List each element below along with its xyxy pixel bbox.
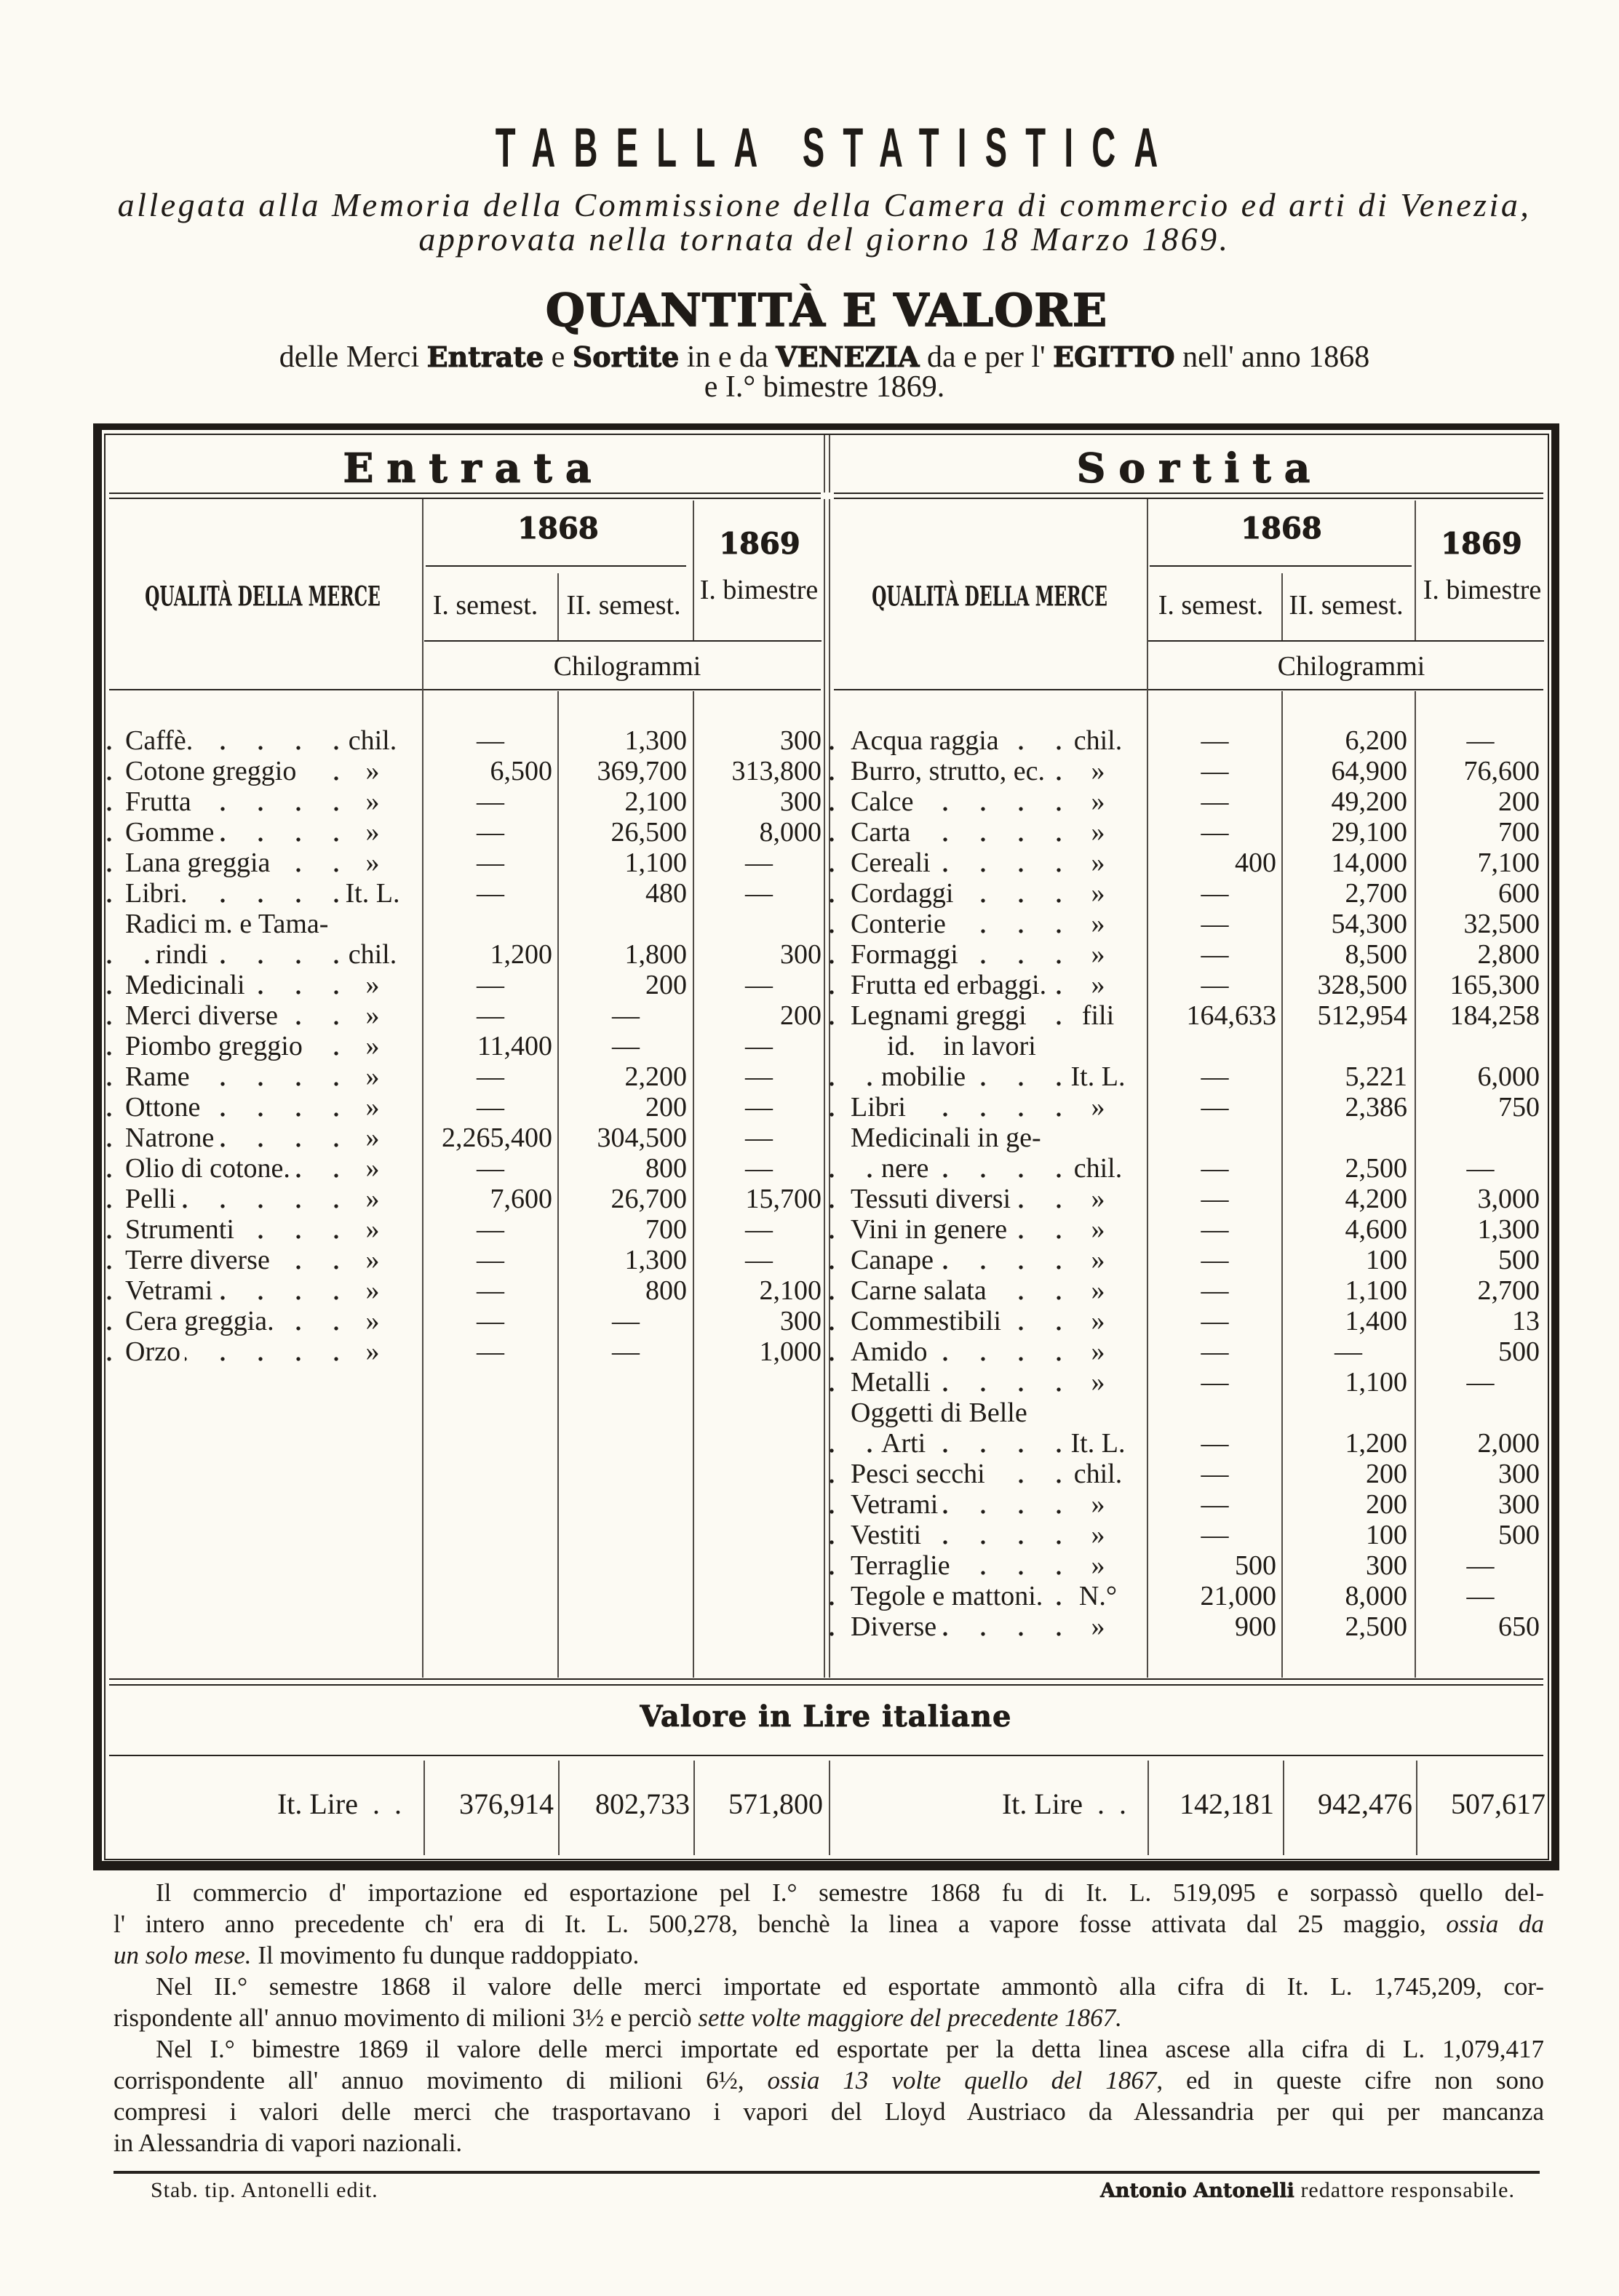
note-text: compresi i valori delle merci che traspo… <box>114 2097 1544 2126</box>
merce-name: Orzo <box>125 1336 185 1367</box>
value-1868-i-semest: — <box>423 1000 558 1031</box>
value-1868-ii-semest: 26,500 <box>558 817 693 848</box>
table-row: Libri.It. L.—480— <box>103 878 824 909</box>
merce-cell: Metalli» <box>830 1367 1147 1398</box>
merce-unit: » <box>1065 1550 1131 1581</box>
merce-name: Legnami greggi <box>851 1000 1031 1031</box>
note-text: ossia da <box>1446 1910 1544 1938</box>
value-1868-ii-semest: 1,400 <box>1282 1306 1415 1336</box>
merce-cell: Canape» <box>830 1245 1147 1275</box>
merce-name: Burro, strutto, ec. <box>851 756 1049 786</box>
value-1868-ii-semest: — <box>558 1336 693 1367</box>
value-1868-ii-semest <box>558 909 693 939</box>
sortita-title: Sortita <box>1064 448 1324 488</box>
merce-cell: Vestiti» <box>830 1520 1147 1550</box>
value-1868-ii-semest: 49,200 <box>1282 786 1415 817</box>
table-row: Gomme»—26,5008,000 <box>103 817 824 848</box>
merce-name: Acqua raggia <box>851 725 1003 756</box>
merce-cell: Acqua raggiachil. <box>830 725 1147 756</box>
value-1868-i-semest: 21,000 <box>1147 1581 1282 1611</box>
value-1868-i-semest: — <box>423 1092 558 1123</box>
value-1868-ii-semest: 1,100 <box>1282 1367 1415 1398</box>
total-label: It. Lire . . <box>103 1789 423 1819</box>
table-row: Radici m. e Tama- <box>103 909 824 939</box>
merce-name: nere <box>881 1153 933 1184</box>
merce-cell: Legnami greggifili <box>830 1000 1147 1031</box>
value-1869-i-bimestre: — <box>693 1061 824 1092</box>
merce-unit: » <box>340 1245 405 1275</box>
entrata-total-row: It. Lire . . 376,914 802,733 571,800 <box>103 1789 824 1819</box>
table-row: Libri»—2,386750 <box>830 1092 1546 1123</box>
value-1868-ii-semest: 800 <box>558 1275 693 1306</box>
value-1869-i-bimestre: 300 <box>1415 1459 1546 1489</box>
total-label: It. Lire . . <box>830 1789 1147 1819</box>
value-1869-i-bimestre: 2,800 <box>1415 939 1546 970</box>
document-title: TABELLA STATISTICA <box>477 121 1177 176</box>
value-1868-ii-semest: 6,200 <box>1282 725 1415 756</box>
note-text: un solo mese. <box>114 1941 252 1969</box>
bimestre-header: I. bimestre <box>700 576 819 604</box>
value-1869-i-bimestre: 3,000 <box>1415 1184 1546 1214</box>
table-row: Ottone»—200— <box>103 1092 824 1123</box>
merce-unit: » <box>1065 1611 1131 1642</box>
value-1869-i-bimestre: — <box>1415 1550 1546 1581</box>
table-row: Legnami greggifili164,633512,954184,258 <box>830 1000 1546 1031</box>
merce-name: Frutta ed erbaggi. <box>851 970 1051 1000</box>
merce-cell: Medicinali» <box>103 970 423 1000</box>
merce-name: Vetrami <box>125 1275 217 1306</box>
value-1868-ii-semest: 2,500 <box>1282 1611 1415 1642</box>
value-1868-i-semest: — <box>423 1245 558 1275</box>
value-1868-i-semest <box>1147 1123 1282 1153</box>
rule-line <box>109 1678 1543 1680</box>
divider-line <box>824 435 825 493</box>
table-row: Commestibili»—1,40013 <box>830 1306 1546 1336</box>
note-line: Nel II.° semestre 1868 il valore delle m… <box>114 1971 1544 2002</box>
table-row: Cereali»40014,0007,100 <box>830 848 1546 878</box>
table-row: Cordaggi»—2,700600 <box>830 878 1546 909</box>
merce-cell: Carne salata» <box>830 1275 1147 1306</box>
dot-leader <box>830 1153 1065 1184</box>
table-row: rindichil.1,2001,800300 <box>103 939 824 970</box>
merce-cell: Radici m. e Tama- <box>103 909 423 939</box>
merce-cell: Medicinali in ge- <box>830 1123 1147 1153</box>
table-row: Olio di cotone.»—800— <box>103 1153 824 1184</box>
year-1869-header: 1869 <box>719 530 800 559</box>
value-1868-ii-semest: 700 <box>558 1214 693 1245</box>
merce-name: Amido <box>851 1336 932 1367</box>
value-1869-i-bimestre: — <box>693 1031 824 1061</box>
value-1869-i-bimestre: 2,700 <box>1415 1275 1546 1306</box>
merce-cell: Libri.It. L. <box>103 878 423 909</box>
merce-cell: Merci diverse» <box>103 1000 423 1031</box>
entrata-rows: Caffè.chil.—1,300300Cotone greggio»6,500… <box>103 725 824 1367</box>
note-text: Nel II.° semestre 1868 il valore delle m… <box>156 1972 1544 2001</box>
merce-name: Caffè. <box>125 725 197 756</box>
table-row: Formaggi»—8,5002,800 <box>830 939 1546 970</box>
value-1868-i-semest: — <box>423 725 558 756</box>
merce-unit: » <box>1065 1489 1131 1520</box>
value-1869-i-bimestre: 300 <box>1415 1489 1546 1520</box>
value-1869-i-bimestre: 300 <box>693 786 824 817</box>
value-1869-i-bimestre: 200 <box>693 1000 824 1031</box>
value-1869-i-bimestre: 750 <box>1415 1092 1546 1123</box>
i-semest-header: I. semest. <box>1158 591 1264 619</box>
column-line <box>1281 573 1283 640</box>
value-1869-i-bimestre <box>1415 1123 1546 1153</box>
value-1868-i-semest: — <box>1147 1489 1282 1520</box>
merce-cell: Gomme» <box>103 817 423 848</box>
value-1868-i-semest: — <box>423 848 558 878</box>
merce-cell: Ottone» <box>103 1092 423 1123</box>
value-1868-i-semest: — <box>1147 939 1282 970</box>
year-1869-header: 1869 <box>1441 530 1521 559</box>
merce-unit: chil. <box>340 939 405 970</box>
table-row: mobilieIt. L.—5,2216,000 <box>830 1061 1546 1092</box>
year-1868-header: 1868 <box>517 514 598 543</box>
merce-unit: » <box>340 1184 405 1214</box>
value-1868-i-semest: — <box>423 1306 558 1336</box>
merce-name: Arti <box>881 1428 930 1459</box>
description-part: Entrate <box>427 340 544 373</box>
merce-cell: Formaggi» <box>830 939 1147 970</box>
table-row: id. in lavori <box>830 1031 1546 1061</box>
table-row: Calce»—49,200200 <box>830 786 1546 817</box>
value-1868-i-semest: — <box>1147 1214 1282 1245</box>
unit-header: Chilogrammi <box>1278 653 1425 680</box>
column-line <box>693 501 694 640</box>
merce-cell: Terre diverse» <box>103 1245 423 1275</box>
description-part: e <box>544 340 573 374</box>
merce-unit: » <box>1065 1306 1131 1336</box>
value-1868-ii-semest: 8,000 <box>1282 1581 1415 1611</box>
merce-unit: » <box>1065 817 1131 848</box>
merce-cell: Lana greggia» <box>103 848 423 878</box>
value-1868-ii-semest: 200 <box>1282 1489 1415 1520</box>
value-1869-i-bimestre: 1,300 <box>1415 1214 1546 1245</box>
merce-name: Strumenti <box>125 1214 239 1245</box>
note-text: rispondente all' annuo movimento di mili… <box>114 2004 698 2032</box>
column-line <box>557 573 559 640</box>
merce-unit: » <box>340 1123 405 1153</box>
sortita-rows: Acqua raggiachil.—6,200—Burro, strutto, … <box>830 725 1546 1642</box>
merce-name: Tegole e mattoni. <box>851 1581 1047 1611</box>
value-1868-ii-semest: 200 <box>558 1092 693 1123</box>
merce-cell: Vini in genere» <box>830 1214 1147 1245</box>
merce-cell: Commestibili» <box>830 1306 1147 1336</box>
merce-cell: Strumenti» <box>103 1214 423 1245</box>
value-1868-ii-semest: — <box>558 1000 693 1031</box>
description-line-2: e I.° bimestre 1869. <box>704 372 945 402</box>
value-1868-ii-semest: — <box>558 1306 693 1336</box>
merce-cell: Diverse» <box>830 1611 1147 1642</box>
table-row: nerechil.—2,500— <box>830 1153 1546 1184</box>
merce-cell: ArtiIt. L. <box>830 1428 1147 1459</box>
table-row: Lana greggia»—1,100— <box>103 848 824 878</box>
value-1869-i-bimestre: 165,300 <box>1415 970 1546 1000</box>
merce-cell: Cereali» <box>830 848 1147 878</box>
rule-line <box>109 689 821 690</box>
value-1869-i-bimestre: 300 <box>693 1306 824 1336</box>
note-line: compresi i valori delle merci che traspo… <box>114 2096 1544 2127</box>
merce-cell: Cordaggi» <box>830 878 1147 909</box>
note-line: l' intero anno precedente ch' era di It.… <box>114 1908 1544 1940</box>
merce-name: Ottone <box>125 1092 204 1123</box>
merce-cell: Calce» <box>830 786 1147 817</box>
value-1868-i-semest: 400 <box>1147 848 1282 878</box>
table-row: Terraglie»500300— <box>830 1550 1546 1581</box>
value-1869-i-bimestre: — <box>693 1245 824 1275</box>
sortita-total-row: It. Lire . . 142,181 942,476 507,617 <box>830 1789 1546 1819</box>
value-1868-ii-semest: 29,100 <box>1282 817 1415 848</box>
value-1869-i-bimestre: 300 <box>693 725 824 756</box>
merce-unit: » <box>340 1092 405 1123</box>
table-row: Vetrami»—8002,100 <box>103 1275 824 1306</box>
rule-line <box>109 493 821 494</box>
merce-name: Frutta <box>125 786 196 817</box>
value-1868-ii-semest: 480 <box>558 878 693 909</box>
merce-unit: » <box>340 1061 405 1092</box>
value-1868-ii-semest: 1,200 <box>1282 1428 1415 1459</box>
merce-name: Merci diverse <box>125 1000 282 1031</box>
value-1868-ii-semest: 100 <box>1282 1245 1415 1275</box>
merce-cell: Burro, strutto, ec.» <box>830 756 1147 786</box>
table-row: Conterie»—54,30032,500 <box>830 909 1546 939</box>
merce-name: Diverse <box>851 1611 941 1642</box>
value-1868-ii-semest: 26,700 <box>558 1184 693 1214</box>
merce-name: Natrone <box>125 1123 218 1153</box>
merce-name: Carta <box>851 817 915 848</box>
merce-name: Calce <box>851 786 918 817</box>
editor-credit: Antonio Antonelli redattore responsabile… <box>1100 2180 1515 2201</box>
value-1869-i-bimestre: 300 <box>693 939 824 970</box>
ii-semest-header: II. semest. <box>566 591 680 619</box>
value-1868-i-semest: — <box>1147 1153 1282 1184</box>
value-1868-i-semest: 2,265,400 <box>423 1123 558 1153</box>
merce-cell: Piombo greggio» <box>103 1031 423 1061</box>
value-1869-i-bimestre <box>1415 1031 1546 1061</box>
value-1868-ii-semest: 5,221 <box>1282 1061 1415 1092</box>
value-1869-i-bimestre: 500 <box>1415 1245 1546 1275</box>
value-1869-i-bimestre: 15,700 <box>693 1184 824 1214</box>
merce-unit: » <box>1065 1275 1131 1306</box>
merce-unit: » <box>1065 970 1131 1000</box>
merce-cell: Tegole e mattoni.N.° <box>830 1581 1147 1611</box>
value-1868-i-semest: — <box>1147 1092 1282 1123</box>
merce-name: Conterie <box>851 909 950 939</box>
value-1868-i-semest: 6,500 <box>423 756 558 786</box>
merce-name: Vini in genere <box>851 1214 1011 1245</box>
value-1868-i-semest: — <box>1147 1275 1282 1306</box>
total-1869-i-bimestre: 571,800 <box>693 1789 824 1819</box>
note-line: Il commercio d' importazione ed esportaz… <box>114 1877 1544 1908</box>
value-1868-i-semest: 1,200 <box>423 939 558 970</box>
value-1868-i-semest: — <box>1147 878 1282 909</box>
table-row: Vini in genere»—4,6001,300 <box>830 1214 1546 1245</box>
value-1869-i-bimestre: 1,000 <box>693 1336 824 1367</box>
table-row: Cera greggia.»——300 <box>103 1306 824 1336</box>
table-row: Tegole e mattoni.N.°21,0008,000— <box>830 1581 1546 1611</box>
value-1869-i-bimestre: — <box>693 878 824 909</box>
divider-line <box>829 435 830 493</box>
bimestre-header: I. bimestre <box>1423 576 1542 604</box>
note-text: ossia 13 volte quello del 1867 <box>768 2066 1157 2094</box>
value-1868-ii-semest: 2,200 <box>558 1061 693 1092</box>
merce-name: Metalli <box>851 1367 935 1398</box>
value-1869-i-bimestre: — <box>693 1123 824 1153</box>
note-line: un solo mese. Il movimento fu dunque rad… <box>114 1940 1544 1971</box>
table-row: Merci diverse»——200 <box>103 1000 824 1031</box>
merce-unit: » <box>1065 878 1131 909</box>
merce-cell: mobilieIt. L. <box>830 1061 1147 1092</box>
value-1868-i-semest: 164,633 <box>1147 1000 1282 1031</box>
description-part: Sortite <box>573 340 680 373</box>
rule-line <box>424 640 822 642</box>
table-row: Canape»—100500 <box>830 1245 1546 1275</box>
merce-cell: Carta» <box>830 817 1147 848</box>
value-1869-i-bimestre: 700 <box>1415 817 1546 848</box>
merce-unit: » <box>340 1153 405 1184</box>
table-row: Orzo»——1,000 <box>103 1336 824 1367</box>
merce-cell: Libri» <box>830 1092 1147 1123</box>
table-row: Medicinali in ge- <box>830 1123 1546 1153</box>
table-row: Diverse»9002,500650 <box>830 1611 1546 1642</box>
value-1868-ii-semest: 2,700 <box>1282 878 1415 909</box>
merce-cell: Tessuti diversi» <box>830 1184 1147 1214</box>
value-1868-ii-semest: — <box>1282 1336 1415 1367</box>
value-1868-ii-semest <box>1282 1031 1415 1061</box>
merce-unit: » <box>1065 1092 1131 1123</box>
note-line: rispondente all' annuo movimento di mili… <box>114 2002 1544 2033</box>
merce-name: Lana greggia <box>125 848 274 878</box>
merce-cell: Caffè.chil. <box>103 725 423 756</box>
rule-line <box>1148 640 1544 642</box>
merce-name: Rame <box>125 1061 194 1092</box>
table-row: Caffè.chil.—1,300300 <box>103 725 824 756</box>
table-row: Rame»—2,200— <box>103 1061 824 1092</box>
value-1868-ii-semest: 4,600 <box>1282 1214 1415 1245</box>
table-row: Frutta»—2,100300 <box>103 786 824 817</box>
rule-line <box>834 493 1543 494</box>
table-row: Amido»——500 <box>830 1336 1546 1367</box>
merce-name: id. in lavori <box>887 1031 1041 1061</box>
editor-role: redattore responsabile. <box>1294 2178 1515 2202</box>
merce-name: Carne salata <box>851 1275 991 1306</box>
rule-line <box>834 498 1543 499</box>
merce-cell: id. in lavori <box>830 1031 1147 1061</box>
merce-unit: It. L. <box>1065 1428 1131 1459</box>
table-row: Strumenti»—700— <box>103 1214 824 1245</box>
value-1868-ii-semest: 4,200 <box>1282 1184 1415 1214</box>
rule-line <box>834 689 1543 690</box>
value-1868-i-semest: — <box>1147 1061 1282 1092</box>
unit-header: Chilogrammi <box>554 653 701 680</box>
merce-cell: Pelli» <box>103 1184 423 1214</box>
merce-unit: » <box>340 817 405 848</box>
merce-unit: » <box>340 848 405 878</box>
value-1868-i-semest <box>1147 1031 1282 1061</box>
merce-unit: » <box>1065 1336 1131 1367</box>
merce-unit: chil. <box>340 725 405 756</box>
rule-line <box>426 565 686 567</box>
value-1868-i-semest: — <box>1147 786 1282 817</box>
value-1868-ii-semest: 304,500 <box>558 1123 693 1153</box>
value-1868-i-semest <box>1147 1398 1282 1428</box>
rule-line <box>109 498 821 499</box>
year-1868-header: 1868 <box>1241 514 1321 543</box>
dot-leader <box>830 1428 1065 1459</box>
table-row: ArtiIt. L.—1,2002,000 <box>830 1428 1546 1459</box>
notes-text: Il commercio d' importazione ed esportaz… <box>114 1877 1544 2159</box>
value-1868-ii-semest: 1,800 <box>558 939 693 970</box>
value-1869-i-bimestre: 76,600 <box>1415 756 1546 786</box>
value-1868-i-semest: — <box>1147 970 1282 1000</box>
description-part: da e per l' <box>919 340 1053 374</box>
merce-unit: » <box>1065 848 1131 878</box>
note-paragraph: Nel II.° semestre 1868 il valore delle m… <box>114 1971 1544 2033</box>
merce-cell: nerechil. <box>830 1153 1147 1184</box>
note-text: Il commercio d' importazione ed esportaz… <box>156 1878 1544 1907</box>
rule-line <box>109 1755 1543 1756</box>
merce-unit <box>1065 1398 1131 1428</box>
merce-name: Canape <box>851 1245 938 1275</box>
value-1868-ii-semest: 369,700 <box>558 756 693 786</box>
value-1868-ii-semest: 1,100 <box>558 848 693 878</box>
description-part: VENEZIA <box>776 340 919 373</box>
total-1868-ii-semest: 942,476 <box>1282 1789 1415 1819</box>
value-1868-ii-semest <box>1282 1123 1415 1153</box>
value-1868-ii-semest: 512,954 <box>1282 1000 1415 1031</box>
merce-name: Gomme <box>125 817 218 848</box>
merce-unit: » <box>1065 1367 1131 1398</box>
value-1869-i-bimestre: 500 <box>1415 1336 1546 1367</box>
subtitle-line-2: approvata nella tornata del giorno 18 Ma… <box>418 223 1230 256</box>
value-1868-i-semest: — <box>1147 756 1282 786</box>
merce-unit: » <box>1065 939 1131 970</box>
merce-name: mobilie <box>881 1061 970 1092</box>
merce-column-header: QUALITÀ DELLA MERCE <box>872 583 1107 610</box>
table-row: Vestiti»—100500 <box>830 1520 1546 1550</box>
note-text: corrispondente all' annuo movimento di m… <box>114 2066 768 2094</box>
merce-name: Cereali <box>851 848 935 878</box>
merce-unit: » <box>1065 1520 1131 1550</box>
table-row: Metalli»—1,100— <box>830 1367 1546 1398</box>
value-1869-i-bimestre: — <box>693 1153 824 1184</box>
merce-unit: » <box>340 786 405 817</box>
value-1868-i-semest: — <box>423 1336 558 1367</box>
merce-name: Tessuti diversi <box>851 1184 1015 1214</box>
merce-unit: » <box>340 1306 405 1336</box>
note-text: sette volte maggiore del precedente 1867… <box>698 2004 1122 2032</box>
value-1869-i-bimestre: 2,100 <box>693 1275 824 1306</box>
total-1868-i-semest: 376,914 <box>423 1789 558 1819</box>
value-1868-i-semest: — <box>1147 1428 1282 1459</box>
note-paragraph: Nel I.° bimestre 1869 il valore delle me… <box>114 2033 1544 2159</box>
merce-name: Cotone greggio <box>125 756 301 786</box>
table-row: Natrone»2,265,400304,500— <box>103 1123 824 1153</box>
merce-unit: » <box>340 1000 405 1031</box>
note-paragraph: Il commercio d' importazione ed esportaz… <box>114 1877 1544 1971</box>
value-1869-i-bimestre: 7,100 <box>1415 848 1546 878</box>
merce-column-header: QUALITÀ DELLA MERCE <box>145 583 381 610</box>
value-1869-i-bimestre: 600 <box>1415 878 1546 909</box>
value-1868-i-semest: — <box>423 1275 558 1306</box>
footer-rule <box>114 2171 1540 2174</box>
merce-unit: » <box>1065 1214 1131 1245</box>
value-1868-ii-semest: 54,300 <box>1282 909 1415 939</box>
printer-credit: Stab. tip. Antonelli edit. <box>151 2180 378 2201</box>
table-row: Medicinali»—200— <box>103 970 824 1000</box>
